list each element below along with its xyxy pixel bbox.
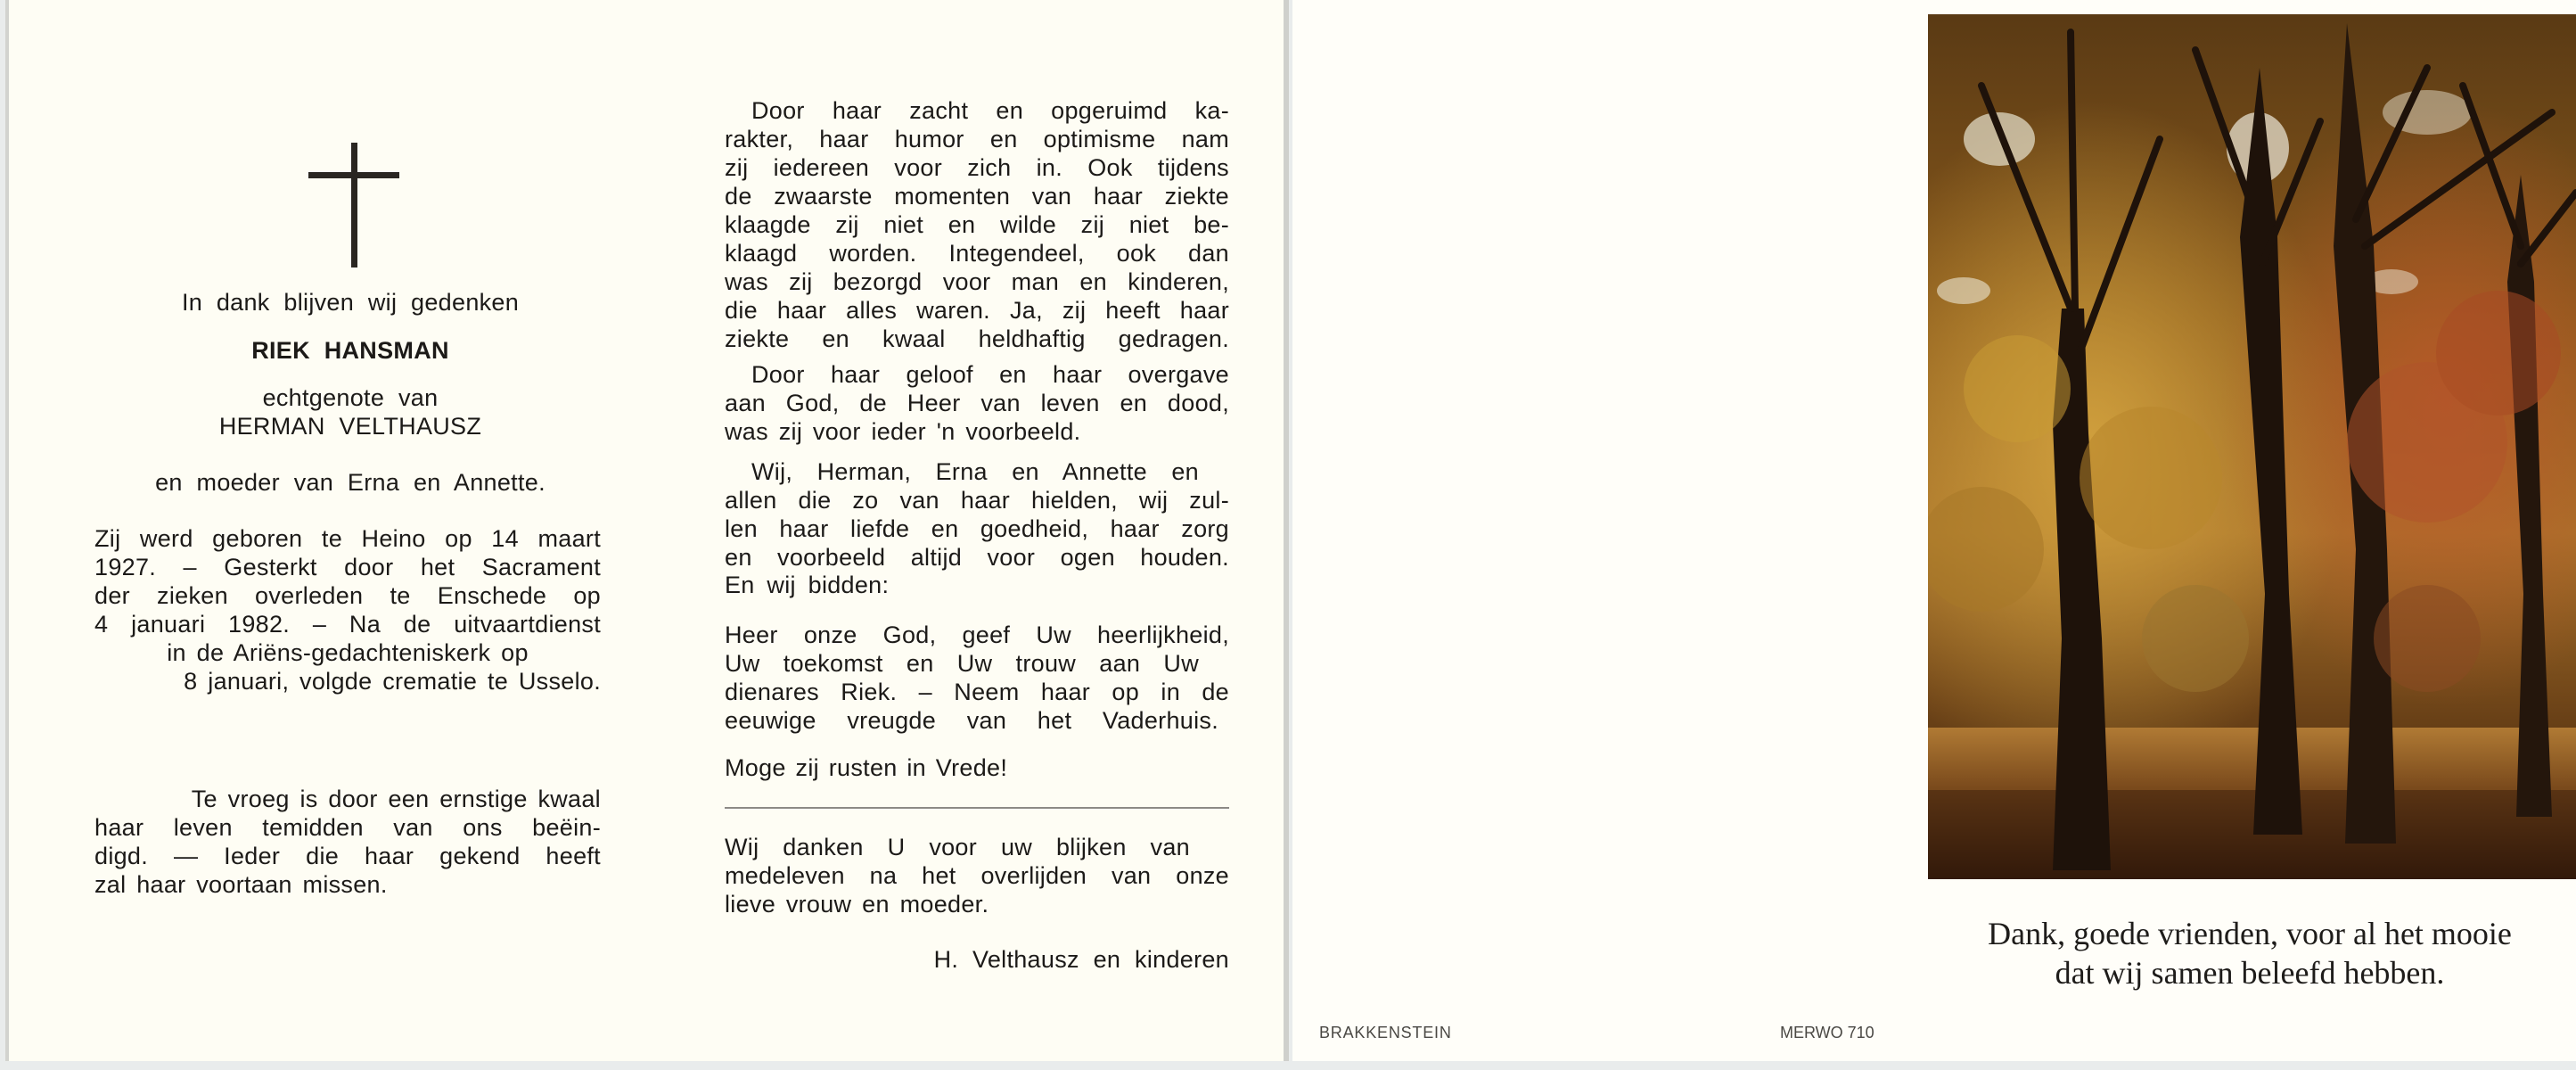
prayer-intro: En wij bidden: <box>725 571 1229 599</box>
spouse-prefix: echtgenote van <box>89 383 611 412</box>
text-line: klaagd worden. Integendeel, ook dan <box>725 239 1229 267</box>
intro-line: In dank blijven wij gedenken <box>89 288 611 317</box>
text-line: de zwaarste momenten van haar ziekte <box>725 182 1229 210</box>
divider-rule <box>725 807 1229 809</box>
text-line: was zij voor ieder 'n voorbeeld. <box>725 417 1229 446</box>
text-line: allen die zo van haar hielden, wij zul- <box>725 486 1229 514</box>
rest-in-peace-line: Moge zij rusten in Vrede! <box>725 753 1229 782</box>
bio-line: in de Ariëns-gedachteniskerk op <box>94 638 601 667</box>
mother-line: en moeder van Erna en Annette. <box>89 468 611 497</box>
caption: Dank, goede vrienden, voor al het mooie … <box>1924 914 2576 992</box>
caption-line: Dank, goede vrienden, voor al het mooie <box>1924 914 2576 953</box>
text-line: klaagde zij niet en wilde zij niet be- <box>725 210 1229 239</box>
tevroeg-paragraph: Te vroeg is door een ernstige kwaal haar… <box>94 785 601 899</box>
spouse-name: HERMAN VELTHAUSZ <box>89 412 611 440</box>
family-paragraph: Wij, Herman, Erna en Annette en allen di… <box>725 457 1229 572</box>
text-line: Door haar geloof en haar overgave <box>725 360 1229 389</box>
signature: H. Velthausz en kinderen <box>725 945 1229 974</box>
character-paragraph: Door haar zacht en opgeruimd ka- rakter,… <box>725 96 1229 353</box>
caption-line: dat wij samen beleefd hebben. <box>1924 953 2576 992</box>
tevroeg-line: haar leven temidden van ons beëin- <box>94 813 601 842</box>
panel-back-blank: BRAKKENSTEIN MERWO 710 <box>1292 0 1924 1061</box>
text-line: Wij, Herman, Erna en Annette en <box>725 457 1229 486</box>
text-line: eeuwige vreugde van het Vaderhuis. <box>725 706 1229 735</box>
text-line: Heer onze God, geef Uw heerlijkheid, <box>725 621 1229 649</box>
biography-paragraph: Zij werd geboren te Heino op 14 maart 19… <box>94 524 601 695</box>
text-line: die haar alles waren. Ja, zij heeft haar <box>725 296 1229 325</box>
text-line: len haar liefde en goedheid, haar zorg <box>725 514 1229 543</box>
text-line: en voorbeeld altijd voor ogen houden. <box>725 543 1229 572</box>
faith-paragraph: Door haar geloof en haar overgave aan Go… <box>725 360 1229 446</box>
autumn-forest-photo <box>1928 14 2576 879</box>
panel-inner-text: Door haar zacht en opgeruimd ka- rakter,… <box>644 0 1289 1061</box>
thanks-paragraph: Wij danken U voor uw blijken van medelev… <box>725 833 1229 918</box>
bio-line: 4 januari 1982. – Na de uitvaartdienst <box>94 610 601 638</box>
panel-front-left: In dank blijven wij gedenken RIEK HANSMA… <box>5 0 644 1061</box>
publisher-imprint: BRAKKENSTEIN <box>1319 1024 1452 1042</box>
forest-image-icon <box>1928 14 2576 879</box>
text-line: ziekte en kwaal heldhaftig gedragen. <box>725 325 1229 353</box>
text-line: medeleven na het overlijden van onze <box>725 861 1229 890</box>
text-line: Uw toekomst en Uw trouw aan Uw <box>725 649 1229 678</box>
text-line: lieve vrouw en moeder. <box>725 890 1229 918</box>
panel-front-photo: Dank, goede vrienden, voor al het mooie … <box>1924 0 2576 1061</box>
bio-line: Zij werd geboren te Heino op 14 maart <box>94 524 601 553</box>
cross-icon <box>308 143 399 267</box>
text-line: aan God, de Heer van leven en dood, <box>725 389 1229 417</box>
text-line: Door haar zacht en opgeruimd ka- <box>725 96 1229 125</box>
text-line: zij iedereen voor zich in. Ook tijdens <box>725 153 1229 182</box>
tevroeg-line: zal haar voortaan missen. <box>94 870 601 899</box>
bio-line: 8 januari, volgde crematie te Usselo. <box>94 667 601 695</box>
text-line: was zij bezorgd voor man en kinderen, <box>725 267 1229 296</box>
text-line: dienares Riek. – Neem haar op in de <box>725 678 1229 706</box>
deceased-name: RIEK HANSMAN <box>89 336 611 365</box>
tevroeg-line: Te vroeg is door een ernstige kwaal <box>94 785 601 813</box>
text-line: rakter, haar humor en optimisme nam <box>725 125 1229 153</box>
series-number: MERWO 710 <box>1780 1024 1875 1042</box>
tevroeg-line: digd. — Ieder die haar gekend heeft <box>94 842 601 870</box>
bio-line: 1927. – Gesterkt door het Sacrament <box>94 553 601 581</box>
text-line: Wij danken U voor uw blijken van <box>725 833 1229 861</box>
bio-line: der zieken overleden te Enschede op <box>94 581 601 610</box>
prayer-paragraph: Heer onze God, geef Uw heerlijkheid, Uw … <box>725 621 1229 735</box>
